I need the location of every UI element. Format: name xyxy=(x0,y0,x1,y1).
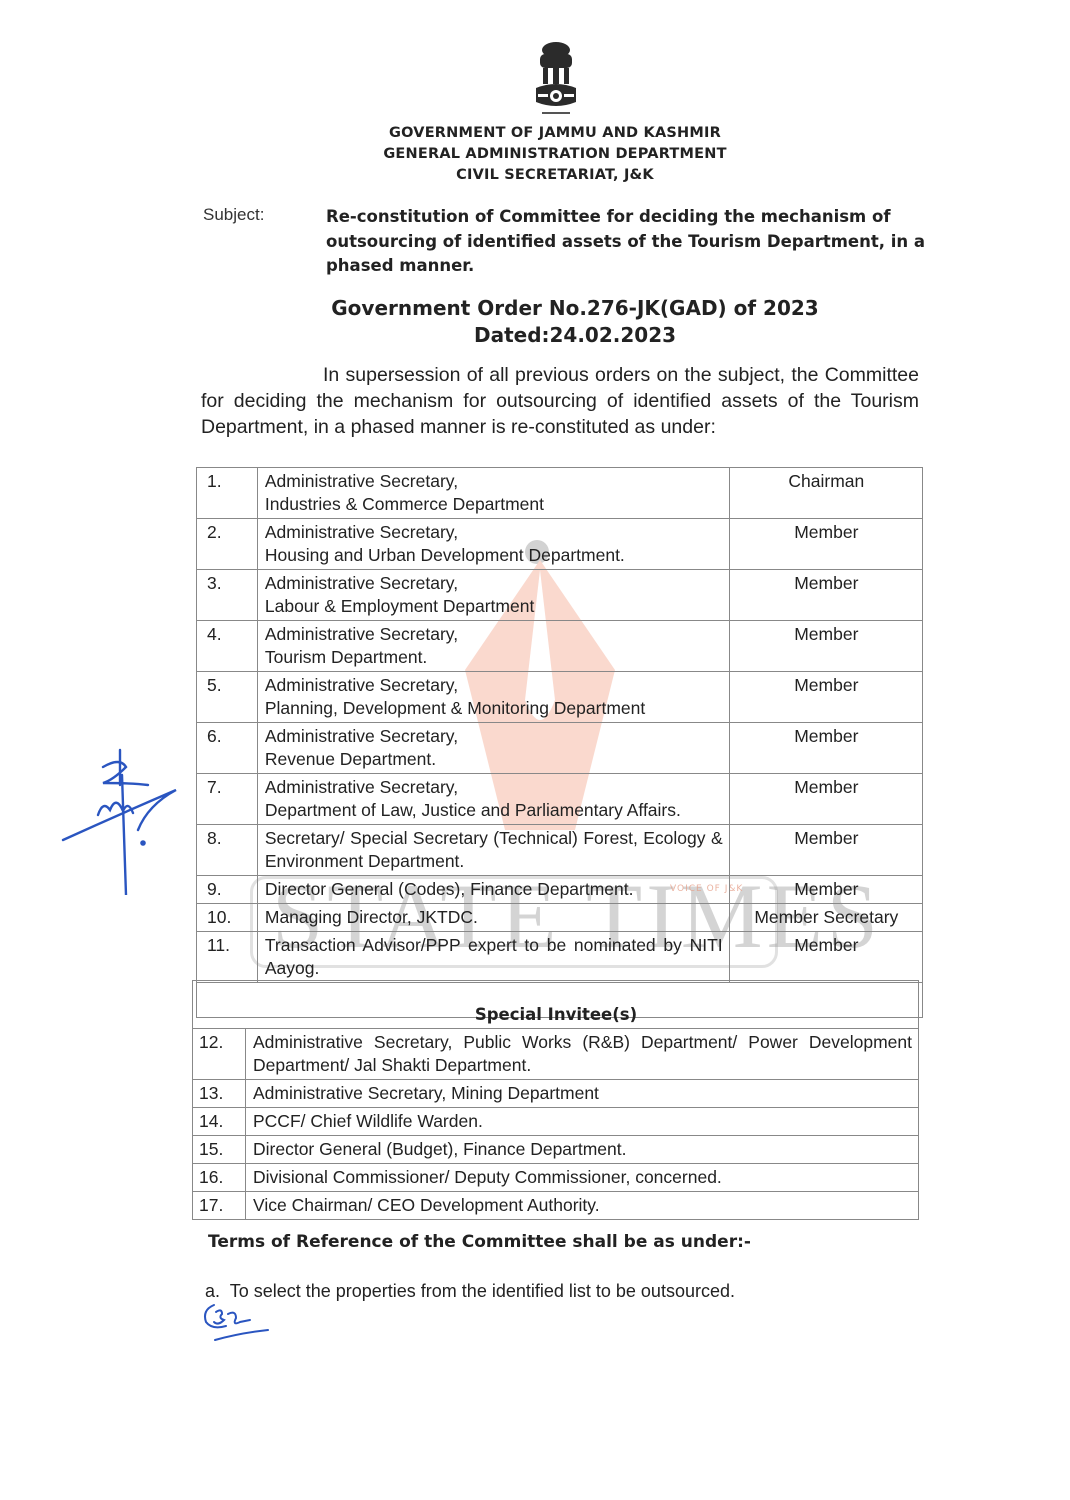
row-number: 8. xyxy=(197,825,258,876)
special-invitees-heading-row: Special Invitee(s) xyxy=(193,981,919,1029)
designation-line-1: Secretary/ Special Secretary (Technical)… xyxy=(265,828,723,871)
invitee-row: 13.Administrative Secretary, Mining Depa… xyxy=(193,1080,919,1108)
row-number: 2. xyxy=(197,519,258,570)
row-number: 10. xyxy=(197,904,258,932)
invitee-designation: PCCF/ Chief Wildlife Warden. xyxy=(246,1108,919,1136)
designation-line-1: Administrative Secretary, xyxy=(265,522,458,542)
member-designation: Administrative Secretary,Housing and Urb… xyxy=(257,519,729,570)
member-designation: Administrative Secretary,Industries & Co… xyxy=(257,468,729,519)
member-role: Member Secretary xyxy=(729,904,922,932)
subject-label: Subject: xyxy=(203,205,264,225)
row-number: 7. xyxy=(197,774,258,825)
intro-paragraph: In supersession of all previous orders o… xyxy=(201,362,919,440)
member-designation: Administrative Secretary,Revenue Departm… xyxy=(257,723,729,774)
member-role: Member xyxy=(729,672,922,723)
member-role: Member xyxy=(729,876,922,904)
row-number: 3. xyxy=(197,570,258,621)
member-role: Member xyxy=(729,519,922,570)
row-number: 6. xyxy=(197,723,258,774)
member-role: Member xyxy=(729,723,922,774)
designation-line-1: Administrative Secretary, xyxy=(265,624,458,644)
invitee-designation: Vice Chairman/ CEO Development Authority… xyxy=(246,1192,919,1220)
order-date: Dated:24.02.2023 xyxy=(0,323,1070,347)
row-number: 14. xyxy=(193,1108,246,1136)
member-role: Member xyxy=(729,774,922,825)
tor-item-text: To select the properties from the identi… xyxy=(230,1281,735,1301)
invitee-row: 17.Vice Chairman/ CEO Development Author… xyxy=(193,1192,919,1220)
designation-line-1: Director General (Codes), Finance Depart… xyxy=(265,879,634,899)
designation-line-1: Administrative Secretary, xyxy=(265,573,458,593)
row-number: 5. xyxy=(197,672,258,723)
invitee-designation: Divisional Commissioner/ Deputy Commissi… xyxy=(246,1164,919,1192)
invitee-row: 15.Director General (Budget), Finance De… xyxy=(193,1136,919,1164)
committee-row: 2.Administrative Secretary,Housing and U… xyxy=(197,519,923,570)
row-number: 9. xyxy=(197,876,258,904)
committee-row: 1.Administrative Secretary,Industries & … xyxy=(197,468,923,519)
member-designation: Administrative Secretary,Department of L… xyxy=(257,774,729,825)
member-designation: Transaction Advisor/PPP expert to be nom… xyxy=(257,932,729,983)
header-secretariat: CIVIL SECRETARIAT, J&K xyxy=(0,167,1070,183)
member-designation: Secretary/ Special Secretary (Technical)… xyxy=(257,825,729,876)
order-number: Government Order No.276-JK(GAD) of 2023 xyxy=(0,296,1070,320)
invitee-designation: Administrative Secretary, Mining Departm… xyxy=(246,1080,919,1108)
designation-line-2: Department of Law, Justice and Parliamen… xyxy=(265,800,681,820)
initials-mark xyxy=(200,1300,275,1345)
row-number: 4. xyxy=(197,621,258,672)
committee-row: 11.Transaction Advisor/PPP expert to be … xyxy=(197,932,923,983)
national-emblem-icon xyxy=(530,40,582,118)
member-designation: Administrative Secretary,Planning, Devel… xyxy=(257,672,729,723)
member-role: Member xyxy=(729,570,922,621)
designation-line-2: Labour & Employment Department xyxy=(265,596,534,616)
committee-row: 9.Director General (Codes), Finance Depa… xyxy=(197,876,923,904)
tor-item-label: a. xyxy=(205,1281,220,1301)
committee-row: 10.Managing Director, JKTDC.Member Secre… xyxy=(197,904,923,932)
committee-row: 7.Administrative Secretary,Department of… xyxy=(197,774,923,825)
committee-table: 1.Administrative Secretary,Industries & … xyxy=(196,467,923,1018)
intro-text: In supersession of all previous orders o… xyxy=(201,364,919,438)
row-number: 11. xyxy=(197,932,258,983)
member-role: Chairman xyxy=(729,468,922,519)
terms-of-reference-title: Terms of Reference of the Committee shal… xyxy=(208,1232,751,1252)
header-department: GENERAL ADMINISTRATION DEPARTMENT xyxy=(0,146,1070,162)
designation-line-2: Planning, Development & Monitoring Depar… xyxy=(265,698,645,718)
row-number: 12. xyxy=(193,1029,246,1080)
special-invitees-table: Special Invitee(s) 12.Administrative Sec… xyxy=(192,980,919,1220)
subject-text: Re-constitution of Committee for decidin… xyxy=(326,205,926,279)
invitee-row: 14.PCCF/ Chief Wildlife Warden. xyxy=(193,1108,919,1136)
invitee-row: 12.Administrative Secretary, Public Work… xyxy=(193,1029,919,1080)
member-role: Member xyxy=(729,932,922,983)
row-number: 15. xyxy=(193,1136,246,1164)
designation-line-1: Administrative Secretary, xyxy=(265,471,458,491)
designation-line-1: Managing Director, JKTDC. xyxy=(265,907,478,927)
designation-line-2: Revenue Department. xyxy=(265,749,436,769)
committee-row: 8.Secretary/ Special Secretary (Technica… xyxy=(197,825,923,876)
designation-line-2: Industries & Commerce Department xyxy=(265,494,544,514)
invitee-designation: Director General (Budget), Finance Depar… xyxy=(246,1136,919,1164)
member-designation: Administrative Secretary,Labour & Employ… xyxy=(257,570,729,621)
member-role: Member xyxy=(729,621,922,672)
signature-mark xyxy=(58,745,183,895)
member-designation: Administrative Secretary,Tourism Departm… xyxy=(257,621,729,672)
invitee-row: 16.Divisional Commissioner/ Deputy Commi… xyxy=(193,1164,919,1192)
member-role: Member xyxy=(729,825,922,876)
row-number: 1. xyxy=(197,468,258,519)
invitee-designation: Administrative Secretary, Public Works (… xyxy=(246,1029,919,1080)
designation-line-2: Housing and Urban Development Department… xyxy=(265,545,625,565)
row-number: 16. xyxy=(193,1164,246,1192)
committee-row: 3.Administrative Secretary,Labour & Empl… xyxy=(197,570,923,621)
designation-line-1: Transaction Advisor/PPP expert to be nom… xyxy=(265,935,723,978)
committee-row: 5.Administrative Secretary,Planning, Dev… xyxy=(197,672,923,723)
row-number: 17. xyxy=(193,1192,246,1220)
row-number: 13. xyxy=(193,1080,246,1108)
header-government: GOVERNMENT OF JAMMU AND KASHMIR xyxy=(0,125,1070,141)
special-invitees-heading: Special Invitee(s) xyxy=(193,981,919,1029)
terms-of-reference-item: a. To select the properties from the ide… xyxy=(205,1281,735,1302)
designation-line-1: Administrative Secretary, xyxy=(265,726,458,746)
member-designation: Managing Director, JKTDC. xyxy=(257,904,729,932)
designation-line-1: Administrative Secretary, xyxy=(265,777,458,797)
committee-row: 6.Administrative Secretary,Revenue Depar… xyxy=(197,723,923,774)
designation-line-2: Tourism Department. xyxy=(265,647,427,667)
member-designation: Director General (Codes), Finance Depart… xyxy=(257,876,729,904)
committee-row: 4.Administrative Secretary,Tourism Depar… xyxy=(197,621,923,672)
designation-line-1: Administrative Secretary, xyxy=(265,675,458,695)
